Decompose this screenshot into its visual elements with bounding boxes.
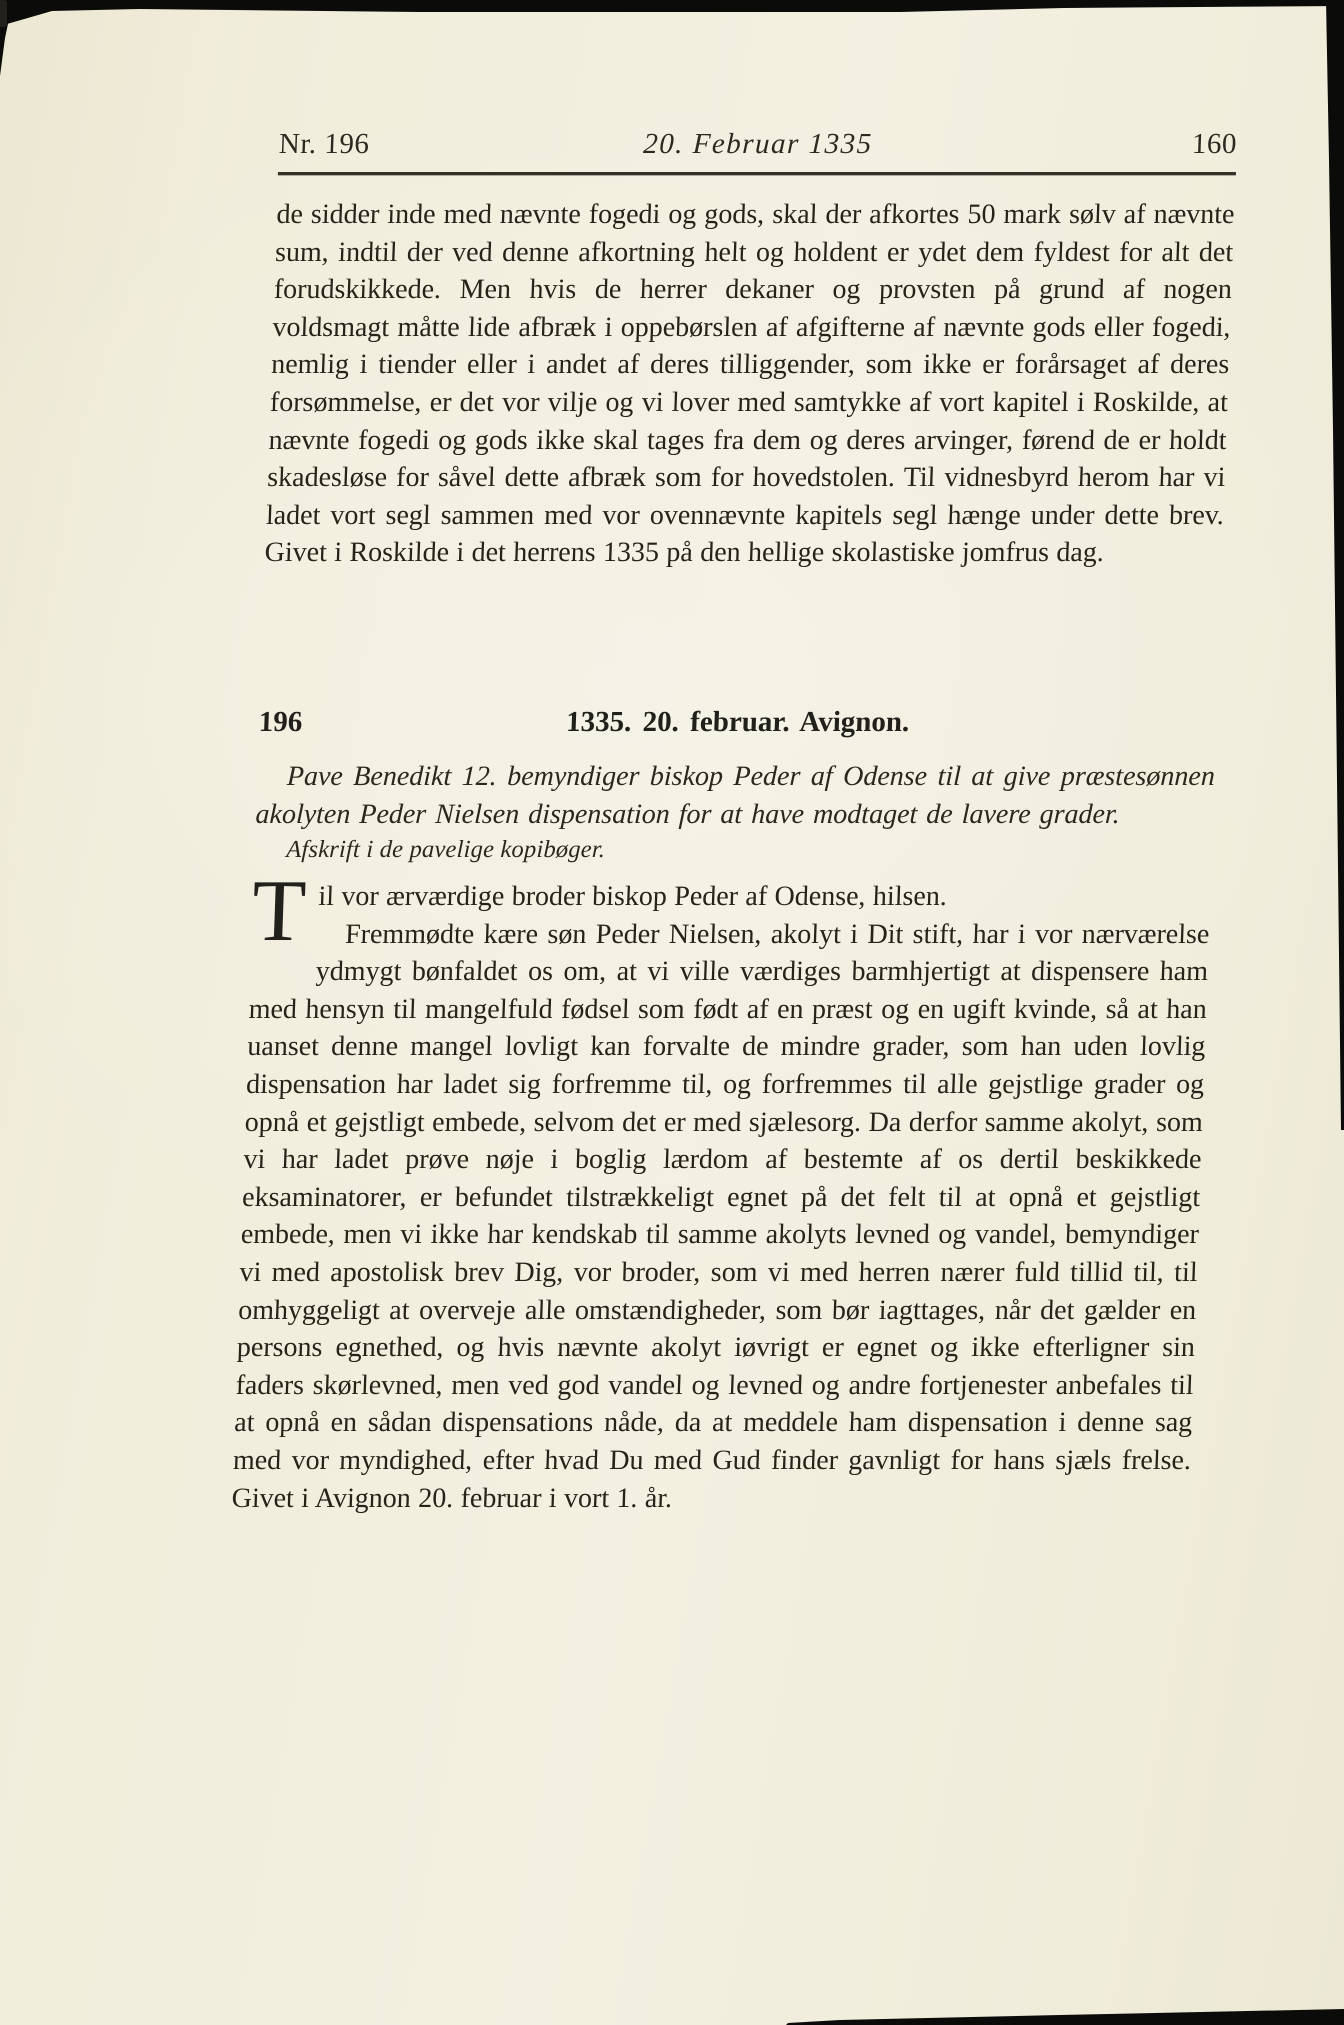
header-rule [278,172,1236,175]
header-date: 20. Februar 1335 [518,128,998,161]
entry-regest-summary: Pave Benedikt 12. bemyndiger biskop Pede… [255,758,1216,833]
letter-initial-dropcap: T [251,881,307,955]
entry-number: 196 [258,706,303,739]
header-document-number: Nr. 196 [278,128,519,161]
page-content: Nr. 196 20. Februar 1335 160 de sidder i… [213,0,1242,2025]
letter-salutation: il vor ærværdige broder biskop Peder af … [318,881,947,912]
header-page-number: 160 [997,128,1238,161]
letter-body: Fremmødte kære søn Peder Nielsen, akolyt… [231,919,1210,1514]
entry-heading-row: 196 1335. 20. februar. Avignon. [258,706,1217,746]
entry-date-place-heading: 1335. 20. februar. Avignon. [258,706,1217,739]
scan-edge-left-nub [0,0,7,27]
entry-source-note: Afskrift i de pavelige kopibøger. [254,836,1245,864]
previous-document-continuation-text: de sidder inde med nævnte fogedi og gods… [264,196,1235,572]
letter-text: Til vor ærværdige broder biskop Peder af… [231,878,1211,1517]
running-header: Nr. 196 20. Februar 1335 160 [278,128,1237,161]
book-page-scan: Nr. 196 20. Februar 1335 160 de sidder i… [0,0,1344,2025]
